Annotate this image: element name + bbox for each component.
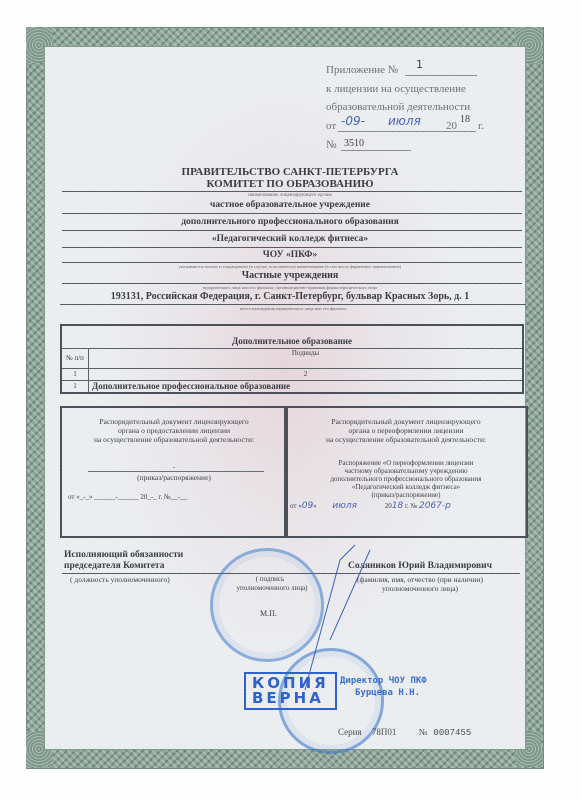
- grant-order-caption: (приказ/распоряжение): [62, 473, 286, 482]
- signer-position-line2: председателя Комитета: [64, 561, 164, 572]
- handwritten-year: 18: [392, 501, 403, 511]
- license-line1: к лицензии на осуществление: [326, 82, 466, 96]
- date-prefix: от: [326, 119, 336, 133]
- grant-order-date-line: от «_-_» ______-______ 20_-_ г. №__-__: [68, 493, 282, 501]
- org-name-caption: указываются полное и сокращенное (в случ…: [60, 263, 520, 270]
- underline: [341, 150, 411, 151]
- handwritten-month: июля: [388, 114, 421, 128]
- row-subtype-name: Дополнительное профессиональное образова…: [89, 380, 524, 393]
- license-line2: образовательной деятельности: [326, 100, 470, 114]
- reissue-doc-line2: частному образовательному учреждению: [286, 467, 526, 475]
- underline: [405, 75, 477, 76]
- date-year-suffix: 18: [460, 113, 470, 127]
- reissue-order-line2: органа о переоформлении лицензии: [286, 426, 526, 435]
- handwritten-order-number: 2067-р: [419, 501, 451, 511]
- form-number-label: №: [419, 727, 428, 737]
- grant-order-line1: Распорядительный документ лицензирующего: [62, 417, 286, 426]
- position-caption: ( должность уполномоченного): [70, 575, 170, 584]
- reissue-order-line3: на осуществление образовательной деятель…: [286, 435, 526, 444]
- number-label: №: [326, 138, 337, 152]
- date-year-prefix: 20: [385, 502, 392, 510]
- date-close: »: [313, 502, 317, 510]
- underline: [62, 247, 522, 248]
- row-number: 1: [61, 380, 89, 393]
- handwritten-day: 09: [302, 501, 313, 511]
- date-number-label: г. №: [405, 502, 417, 510]
- reissue-doc-line4: «Педагогический колледж фитнеса»: [286, 483, 526, 491]
- handwritten-month: июля: [332, 501, 357, 511]
- org-full-name-line1: частное образовательное учреждение: [60, 199, 520, 211]
- date-prefix: от «: [290, 502, 302, 510]
- grant-order-line2: органа о предоставлении лицензии: [62, 426, 286, 435]
- org-address: 193131, Российская Федерация, г. Санкт-П…: [52, 291, 528, 303]
- license-number: 3510: [344, 137, 364, 151]
- director-stamp-line1: Директор ЧОУ ПКФ: [340, 676, 427, 686]
- authority-line2: КОМИТЕТ ПО ОБРАЗОВАНИЮ: [60, 178, 520, 190]
- form-series: Серия 78П01 № 0007455: [338, 727, 471, 738]
- date-suffix: г.: [478, 119, 484, 133]
- grant-order-line3: на осуществление образовательной деятель…: [62, 435, 286, 444]
- reissue-doc-caption: (приказ/распоряжение): [286, 491, 526, 499]
- grant-order-box: Распорядительный документ лицензирующего…: [60, 406, 288, 538]
- reissue-order-line1: Распорядительный документ лицензирующего: [286, 417, 526, 426]
- underline: [62, 230, 522, 231]
- col-index-2: 2: [89, 368, 524, 380]
- grant-order-dash: -: [62, 463, 286, 471]
- authority-caption: наименование лицензирующего органа: [60, 192, 520, 199]
- appendix-number: 1: [416, 58, 423, 71]
- reissue-date-line: от «09» июля 2018 г. № 2067-р: [290, 501, 522, 511]
- education-subtypes-table: Дополнительное образование № п/п Подвиды…: [60, 324, 524, 394]
- org-full-name-line3: «Педагогический колледж фитнеса»: [60, 233, 520, 245]
- underline: [338, 131, 476, 132]
- reissue-order-box: Распорядительный документ лицензирующего…: [284, 406, 528, 538]
- appendix-label: Приложение №: [326, 63, 398, 77]
- table-title: Дополнительное образование: [61, 325, 523, 348]
- handwritten-day: -09-: [341, 114, 365, 128]
- org-legal-form: Частные учреждения: [60, 270, 520, 282]
- col-header-subtypes: Подвиды: [89, 348, 524, 368]
- authority-line1: ПРАВИТЕЛЬСТВО САНКТ-ПЕТЕРБУРГА: [60, 166, 520, 178]
- col-index-1: 1: [61, 368, 89, 380]
- series-value: 78П01: [372, 727, 397, 737]
- signer-position-line1: Исполняющий обязанности: [64, 550, 183, 561]
- copy-line2: ВЕРНА: [252, 691, 329, 706]
- reissue-doc-line1: Распоряжение «О переоформлении лицензии: [286, 459, 526, 467]
- series-label: Серия: [338, 727, 362, 737]
- table-row: 1 Дополнительное профессиональное образо…: [61, 380, 523, 393]
- address-caption: место нахождения юридического лица или е…: [60, 305, 526, 312]
- underline: [62, 213, 522, 214]
- director-stamp-line2: Бурцева Н.Н.: [355, 688, 420, 698]
- legal-form-caption: юридического лица или его филиала, орган…: [60, 284, 520, 291]
- certified-copy-stamp: КОПИЯ ВЕРНА: [244, 672, 337, 710]
- reissue-doc-line3: дополнительного профессионального образо…: [286, 475, 526, 483]
- underline: [88, 471, 264, 472]
- col-header-number: № п/п: [61, 348, 89, 368]
- org-short-name: ЧОУ «ПКФ»: [60, 249, 520, 261]
- form-number-value: 0007455: [433, 728, 471, 738]
- org-full-name-line2: дополнительного профессионального образо…: [60, 216, 520, 228]
